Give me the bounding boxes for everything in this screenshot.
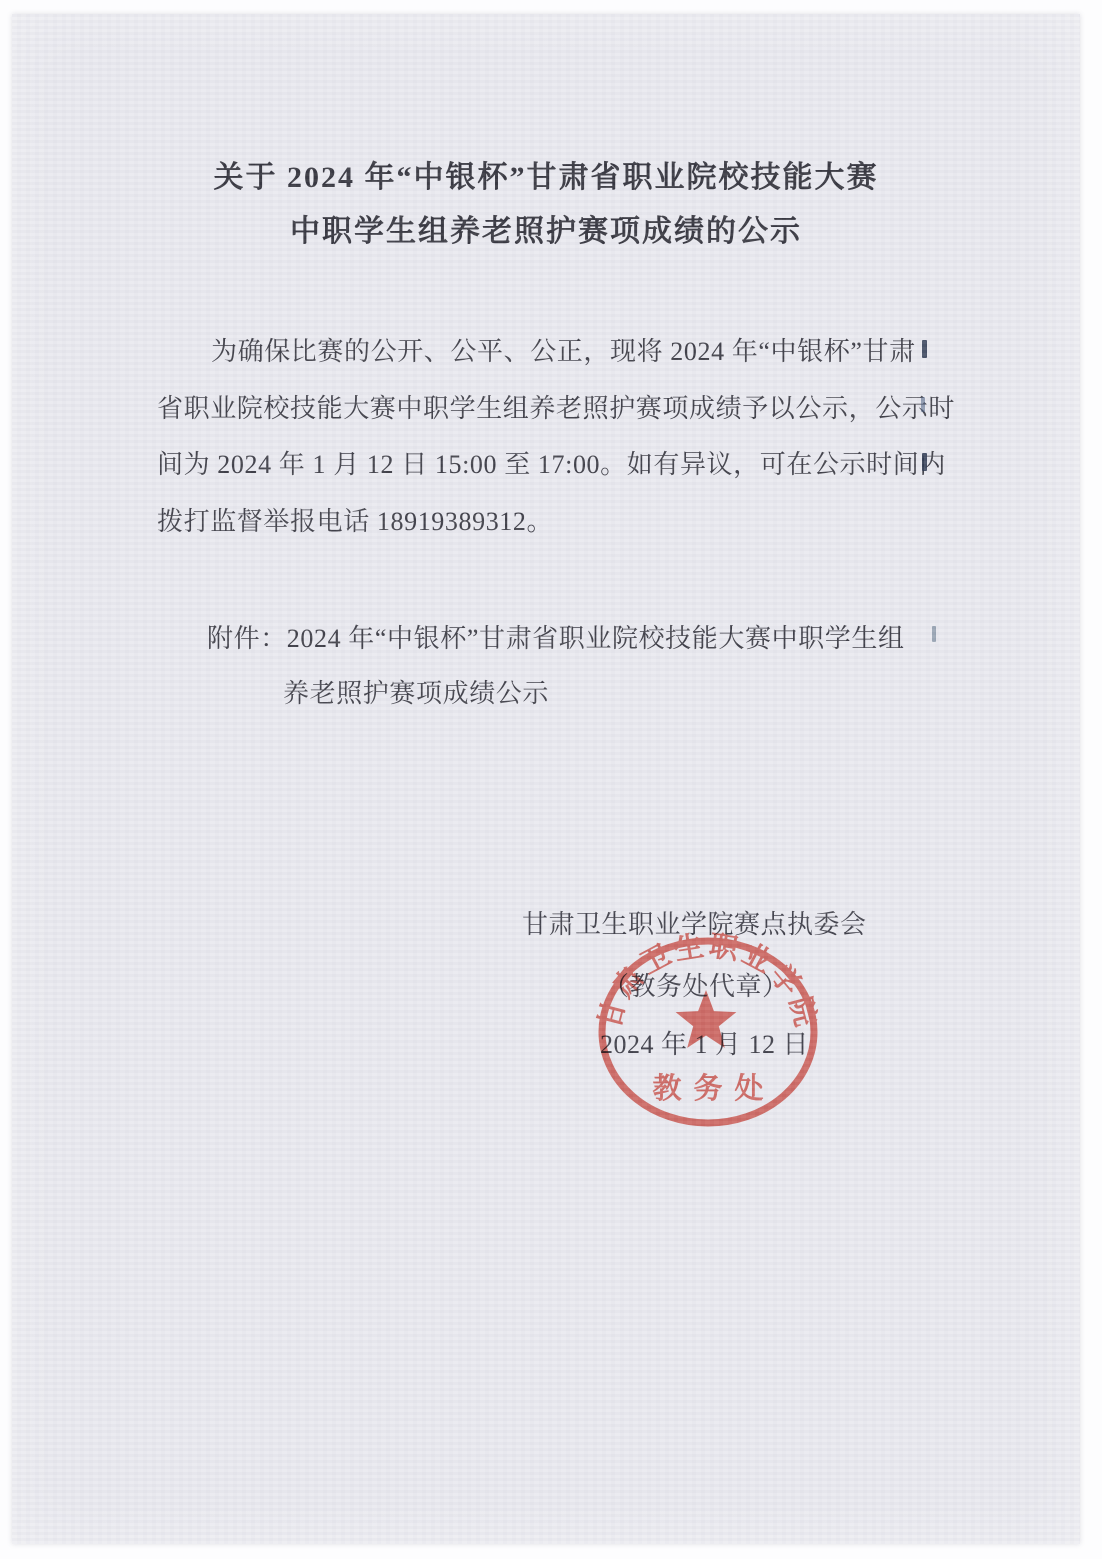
signature-seal-note: （教务处代章）: [603, 966, 789, 1003]
signature-organization: 甘肃卫生职业学院赛点执委会: [522, 904, 867, 941]
body-paragraph-line-2: 省职业院校技能大赛中职学生组养老照护赛项成绩予以公示，公示时: [157, 388, 955, 425]
body-paragraph-line-4: 拨打监督举报电话 18919389312。: [157, 501, 553, 538]
scan-artifact-mark: [921, 397, 925, 412]
signature-date: 2024 年 1 月 12 日: [600, 1024, 809, 1061]
body-paragraph-line-3: 间为 2024 年 1 月 12 日 15:00 至 17:00。如有异议，可在…: [157, 444, 946, 481]
scan-artifact-mark: [932, 626, 936, 642]
document-page: 关于 2024 年“中银杯”甘肃省职业院校技能大赛 中职学生组养老照护赛项成绩的…: [12, 14, 1080, 1544]
attachment-line-2: 养老照护赛项成绩公示: [283, 673, 549, 710]
scanned-document-canvas: 关于 2024 年“中银杯”甘肃省职业院校技能大赛 中职学生组养老照护赛项成绩的…: [0, 0, 1102, 1559]
scan-artifact-mark: [922, 453, 927, 471]
body-paragraph-line-1: 为确保比赛的公开、公平、公正，现将 2024 年“中银杯”甘肃: [211, 331, 916, 368]
seal-bottom-text: 教务处: [652, 1072, 775, 1105]
attachment-line-1: 附件：2024 年“中银杯”甘肃省职业院校技能大赛中职学生组: [207, 618, 905, 655]
document-title-line-1: 关于 2024 年“中银杯”甘肃省职业院校技能大赛: [12, 152, 1080, 196]
document-title-line-2: 中职学生组养老照护赛项成绩的公示: [12, 206, 1080, 250]
scan-artifact-mark: [922, 340, 927, 358]
